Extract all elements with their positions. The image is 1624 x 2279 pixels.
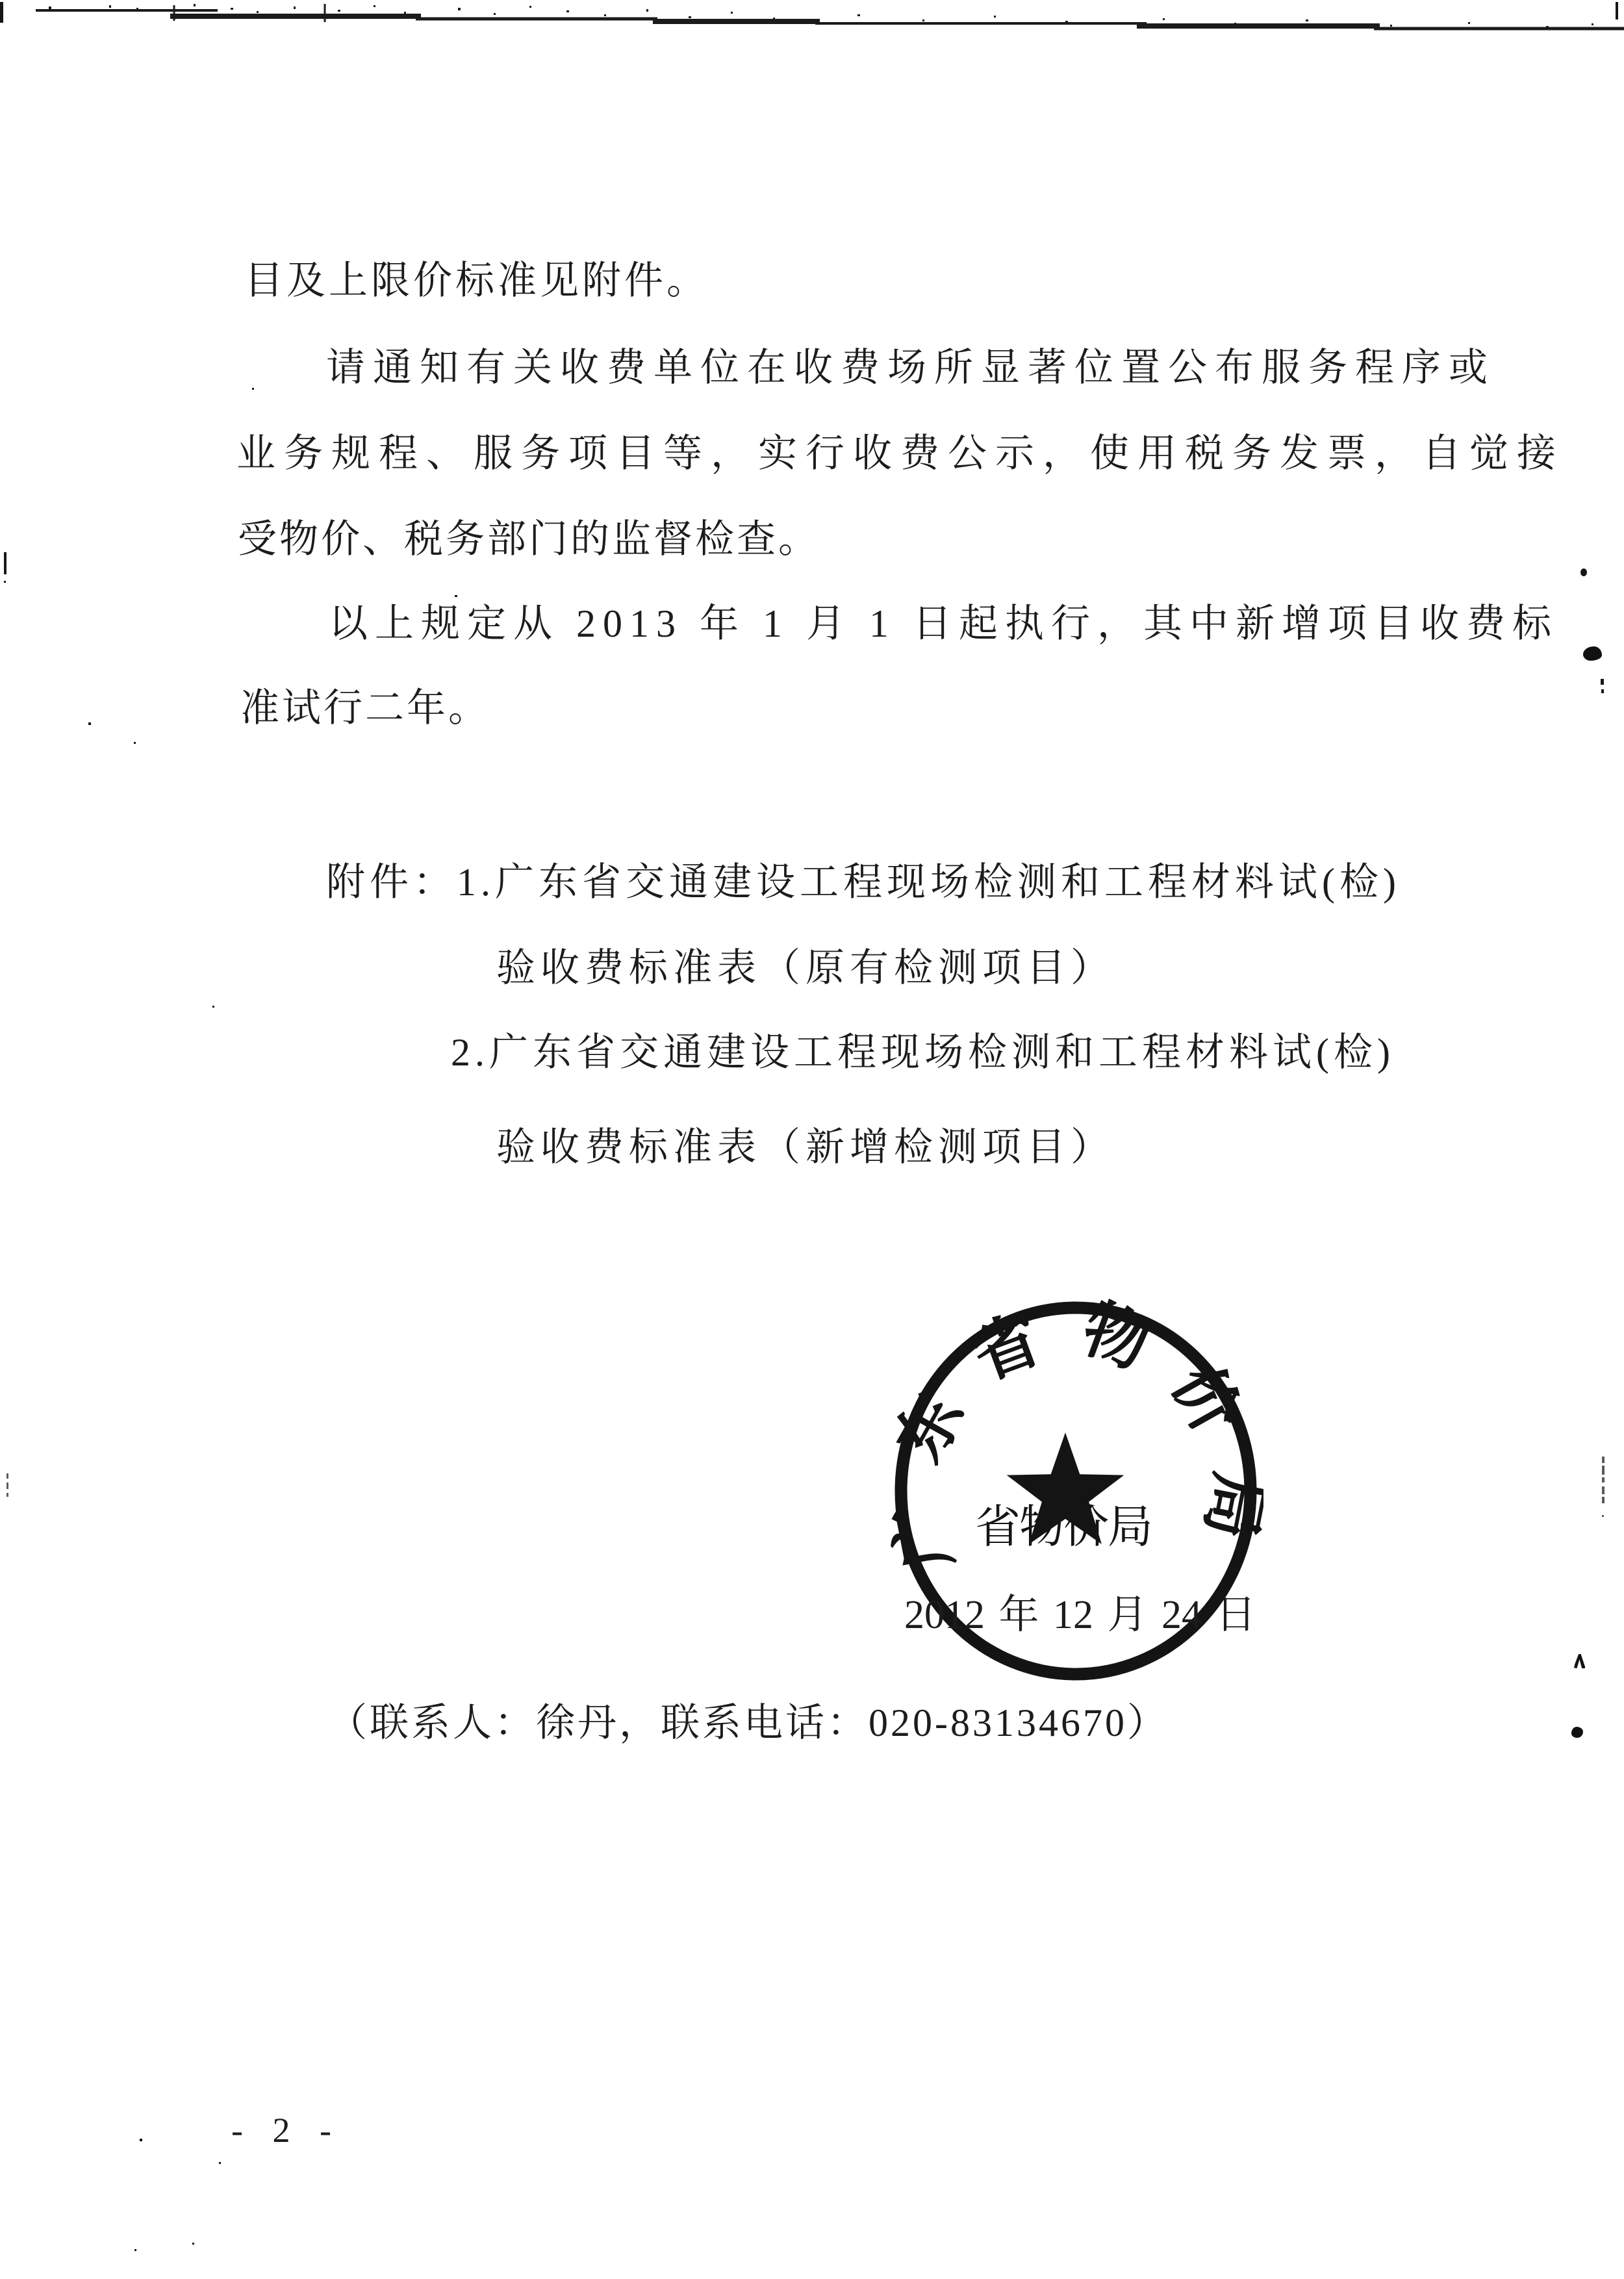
scan-artifact-top-edge (0, 0, 1624, 45)
scan-ink-blob (1571, 1727, 1583, 1738)
scan-ink-blob (1583, 646, 1602, 661)
scan-tick-top-left (0, 2, 3, 23)
scan-ink-mark (1574, 1654, 1585, 1668)
scan-speck (140, 2139, 142, 2141)
scan-speck (455, 595, 457, 597)
scan-tick-top-right (1616, 2, 1618, 19)
scan-speck (4, 581, 6, 583)
scan-speck (1601, 689, 1604, 693)
scan-dash-right (1602, 1457, 1605, 1463)
paragraph-line: 目及上限价标准见附件。 (244, 261, 709, 300)
attachment-line-1: 附件：1.广东省交通建设工程现场检测和工程材料试(检) (326, 863, 1401, 902)
scan-dash-left (6, 1473, 8, 1479)
scan-dash-right (1602, 1466, 1605, 1475)
scan-tick-left (4, 552, 6, 574)
scan-dash-right (1602, 1477, 1605, 1483)
scan-speck (212, 1006, 214, 1008)
page-number: - 2 - (231, 2113, 342, 2148)
paragraph-line: 业务规程、服务项目等，实行收费公示，使用税务发票，自觉接 (236, 434, 1564, 473)
paragraph-line: 受物价、税务部门的监督检查。 (238, 520, 820, 559)
scan-dash-right (1602, 1486, 1605, 1494)
scan-speck (192, 2243, 194, 2245)
scan-speck (88, 722, 91, 725)
scan-speck (1580, 568, 1587, 576)
scan-dash-right (1602, 1497, 1605, 1503)
attachment-item-1-continuation: 验收费标准表（原有检测项目） (496, 949, 1115, 987)
paragraph-line: 请通知有关收费单位在收费场所显著位置公布服务程序或 (326, 348, 1495, 387)
scan-speck (1602, 1515, 1604, 1517)
scan-speck (1601, 679, 1604, 685)
contact-line: （联系人：徐丹，联系电话：020-83134670） (328, 1703, 1169, 1742)
paragraph-line: 准试行二年。 (240, 689, 490, 728)
scan-dash-left (6, 1493, 8, 1497)
scan-dash-left (6, 1483, 8, 1489)
signature-date: 2012 年 12 月 24 日 (904, 1595, 1256, 1635)
paragraph-line: 以上规定从 2013 年 1 月 1 日起执行，其中新增项目收费标 (329, 604, 1558, 643)
scan-speck (219, 2162, 221, 2164)
scan-speck (134, 2249, 136, 2251)
scan-speck (134, 742, 136, 744)
attachment-item-2-title: 2.广东省交通建设工程现场检测和工程材料试(检) (451, 1033, 1395, 1072)
attachment-item-1-title: 1.广东省交通建设工程现场检测和工程材料试(检) (457, 861, 1401, 904)
scan-speck (252, 388, 254, 390)
attachment-item-2-continuation: 验收费标准表（新增检测项目） (496, 1128, 1115, 1167)
attachment-label: 附件： (326, 861, 457, 904)
scanned-document-page: 目及上限价标准见附件。 请通知有关收费单位在收费场所显著位置公布服务程序或 业务… (0, 0, 1624, 2279)
